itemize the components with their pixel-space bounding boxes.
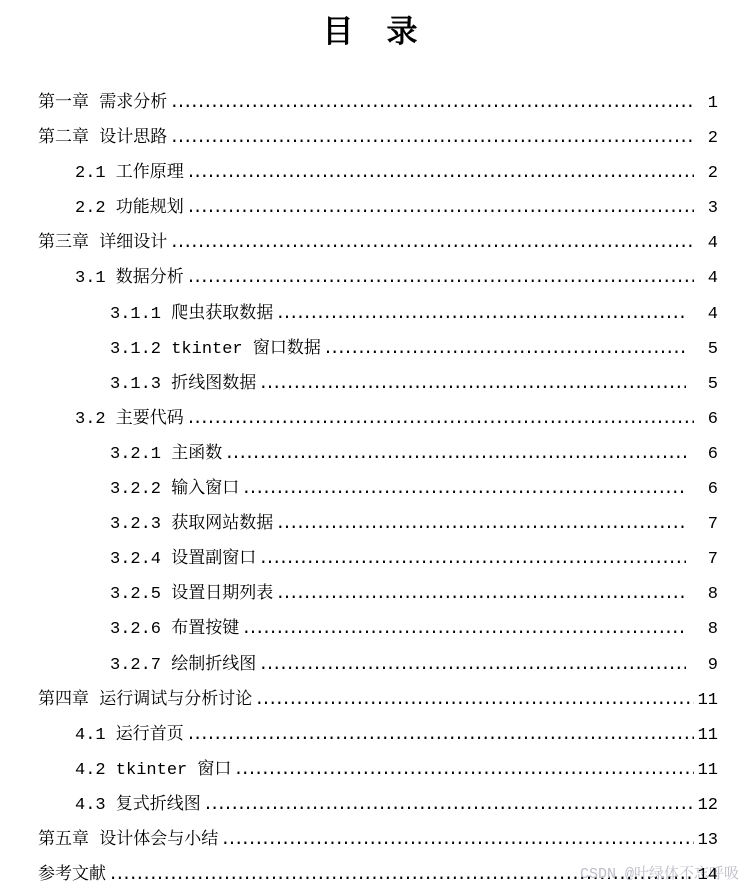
dot-leader [241,612,686,647]
toc-entry-label: 3.1 数据分析 [75,261,184,296]
toc-entry: 4.3 复式折线图 12 [38,788,718,823]
dot-leader [169,121,694,156]
toc-entry-page: 8 [694,577,718,612]
toc-entry-page: 6 [694,472,718,507]
toc-entry-label: 3.1.3 折线图数据 [110,367,256,402]
toc-entry-page: 1 [694,86,718,121]
toc-entry: 3.2.7 绘制折线图 9 [38,648,718,683]
toc-entry: 3.1.2 tkinter 窗口数据 5 [38,332,718,367]
toc-entry-page: 6 [694,437,718,472]
toc-entry-page: 9 [694,648,718,683]
toc-entry-page: 12 [694,788,718,823]
toc-entry-page: 7 [694,507,718,542]
dot-leader [275,507,686,542]
toc-entry-page: 6 [694,402,718,437]
toc-entry: 3.2.5 设置日期列表 8 [38,577,718,612]
toc-entry-page: 2 [694,121,718,156]
toc-entry-label: 3.2.2 输入窗口 [110,472,239,507]
toc-entry-page: 11 [694,753,718,788]
toc-entry-label: 3.1.2 tkinter 窗口数据 [110,332,321,367]
toc-entry-page: 14 [694,858,718,890]
dot-leader [186,156,694,191]
toc-entry-page: 5 [694,367,718,402]
toc-entry-page: 5 [694,332,718,367]
toc-entry: 第二章 设计思路 2 [38,121,718,156]
toc-entry-label: 3.2.1 主函数 [110,437,222,472]
dot-leader [323,332,686,367]
dot-leader [186,718,694,753]
toc-entry-label: 4.3 复式折线图 [75,788,201,823]
toc-entry: 3.1.1 爬虫获取数据 4 [38,297,718,332]
toc-entry: 2.1 工作原理 2 [38,156,718,191]
toc-entry: 3.2.2 输入窗口 6 [38,472,718,507]
toc-entry-page: 4 [694,226,718,261]
toc-entry: 第四章 运行调试与分析讨论 11 [38,683,718,718]
toc-entry-page: 4 [694,261,718,296]
toc-entry-label: 4.1 运行首页 [75,718,184,753]
toc-entry-page: 8 [694,612,718,647]
page-title: 目 录 [0,6,741,52]
toc-entry: 3.1 数据分析 4 [38,261,718,296]
toc-entry-label: 2.2 功能规划 [75,191,184,226]
toc-entry: 3.2 主要代码 6 [38,402,718,437]
dot-leader [254,683,694,718]
dot-leader [203,788,694,823]
toc-entry-label: 第一章 需求分析 [38,86,167,121]
toc-entry: 第一章 需求分析 1 [38,86,718,121]
toc-entry-label: 第三章 详细设计 [38,226,167,261]
dot-leader [275,577,686,612]
toc-entry-page: 13 [694,823,718,858]
dot-leader [258,648,686,683]
dot-leader [220,823,694,858]
toc-entry: 4.2 tkinter 窗口 11 [38,753,718,788]
toc-entry-page: 11 [694,718,718,753]
toc-entry-label: 3.2.3 获取网站数据 [110,507,273,542]
toc-entry-page: 4 [694,297,718,332]
toc-entry-label: 第四章 运行调试与分析讨论 [38,683,252,718]
toc-entry-label: 4.2 tkinter 窗口 [75,753,231,788]
dot-leader [233,753,694,788]
toc-entry: 3.2.1 主函数 6 [38,437,718,472]
toc-entry-page: 2 [694,156,718,191]
toc-entry: 3.2.6 布置按键 8 [38,612,718,647]
toc-entry-page: 7 [694,542,718,577]
dot-leader [186,191,694,226]
toc-entry-label: 3.2.5 设置日期列表 [110,577,273,612]
toc-entry: 第五章 设计体会与小结 13 [38,823,718,858]
toc-entry-label: 3.2 主要代码 [75,402,184,437]
toc-entry-label: 3.2.4 设置副窗口 [110,542,256,577]
dot-leader [169,226,694,261]
toc-entry-label: 3.1.1 爬虫获取数据 [110,297,273,332]
toc-entry-page: 3 [694,191,718,226]
toc-entry-label: 第五章 设计体会与小结 [38,823,218,858]
dot-leader [186,261,694,296]
dot-leader [224,437,686,472]
toc-entry: 2.2 功能规划 3 [38,191,718,226]
toc-list: 第一章 需求分析 1 第二章 设计思路 2 2.1 工作原理 2 2.2 功能规… [38,86,718,890]
document-page: 目 录 第一章 需求分析 1 第二章 设计思路 2 2.1 工作原理 2 2.2… [0,0,741,890]
dot-leader [169,86,694,121]
toc-entry: 3.2.4 设置副窗口 7 [38,542,718,577]
toc-entry: 3.1.3 折线图数据 5 [38,367,718,402]
toc-entry-label: 参考文献 [38,858,106,890]
toc-entry: 3.2.3 获取网站数据 7 [38,507,718,542]
toc-entry: 4.1 运行首页 11 [38,718,718,753]
dot-leader [241,472,686,507]
toc-entry-label: 3.2.6 布置按键 [110,612,239,647]
toc-entry-label: 3.2.7 绘制折线图 [110,648,256,683]
dot-leader [258,367,686,402]
dot-leader [275,297,686,332]
dot-leader [258,542,686,577]
toc-entry: 第三章 详细设计 4 [38,226,718,261]
toc-entry-label: 2.1 工作原理 [75,156,184,191]
toc-entry-page: 11 [694,683,718,718]
dot-leader [186,402,694,437]
toc-entry-label: 第二章 设计思路 [38,121,167,156]
